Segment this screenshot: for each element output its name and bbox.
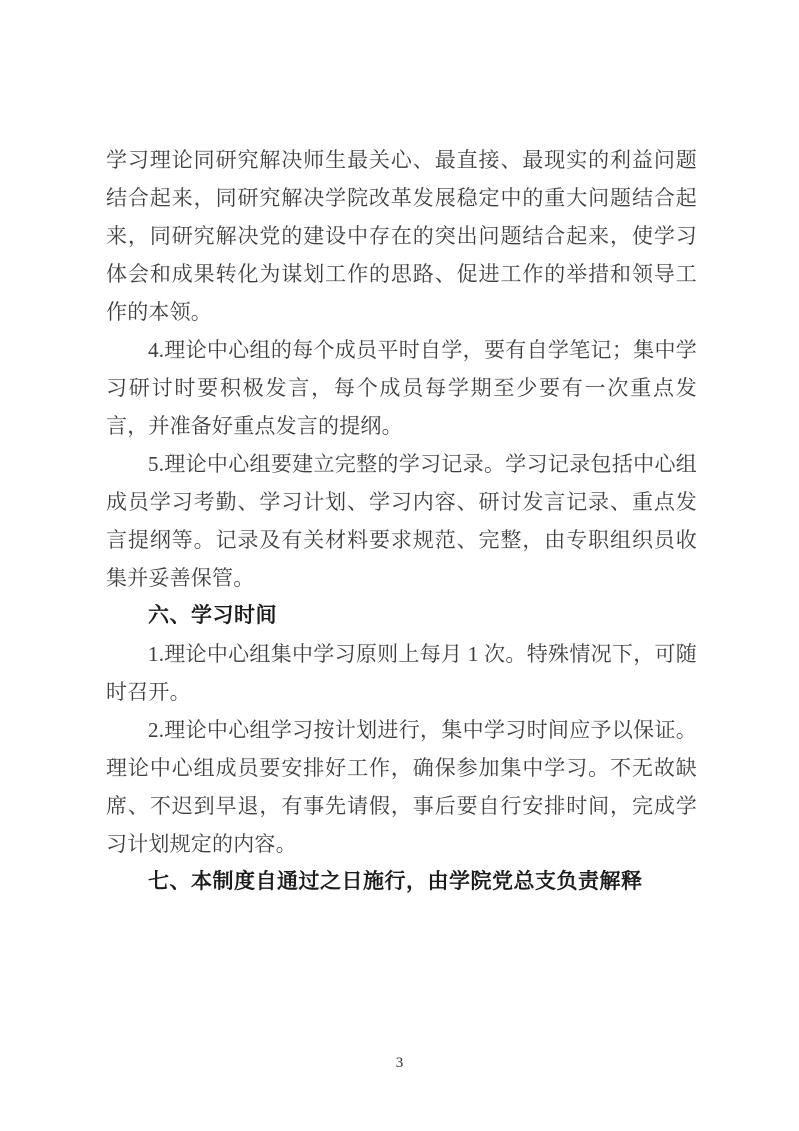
paragraph-item-2: 2.理论中心组学习按计划进行，集中学习时间应予以保证。理论中心组成员要安排好工作… <box>106 711 697 863</box>
document-page: 学习理论同研究解决师生最关心、最直接、最现实的利益问题结合起来，同研究解决学院改… <box>0 0 799 1131</box>
paragraph-item-1: 1.理论中心组集中学习原则上每月 1 次。特殊情况下，可随时召开。 <box>106 635 697 711</box>
paragraph-item-5: 5.理论中心组要建立完整的学习记录。学习记录包括中心组成员学习考勤、学习计划、学… <box>106 445 697 597</box>
document-body: 学习理论同研究解决师生最关心、最直接、最现实的利益问题结合起来，同研究解决学院改… <box>106 141 697 901</box>
page-number: 3 <box>0 1055 799 1071</box>
paragraph-continuation: 学习理论同研究解决师生最关心、最直接、最现实的利益问题结合起来，同研究解决学院改… <box>106 141 697 331</box>
section-heading-6: 六、学习时间 <box>106 597 697 635</box>
paragraph-item-4: 4.理论中心组的每个成员平时自学，要有自学笔记；集中学习研讨时要积极发言，每个成… <box>106 331 697 445</box>
section-heading-7: 七、本制度自通过之日施行，由学院党总支负责解释 <box>106 863 697 901</box>
